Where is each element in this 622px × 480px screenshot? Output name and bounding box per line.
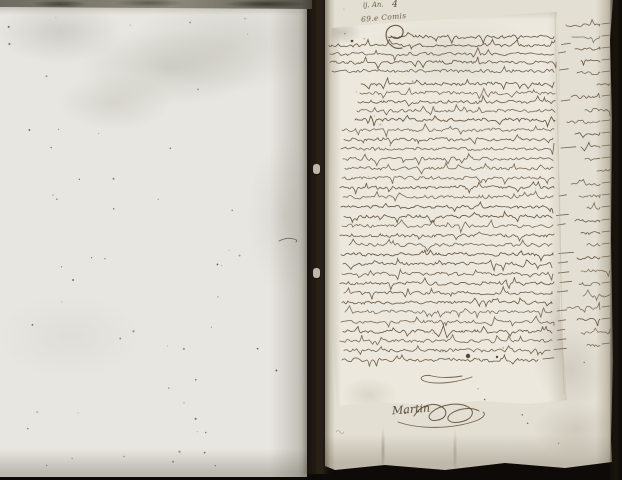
binding-stitch (313, 268, 320, 278)
book-edge-right (610, 0, 622, 480)
handwriting-ink-layer (0, 0, 622, 480)
header-annotation: ij. An. (363, 1, 384, 10)
signature-name: Martin (392, 402, 431, 418)
left-blank-page (0, 7, 307, 477)
underlying-page (325, 0, 613, 472)
manuscript-photo: ij. An. 4 69.e Comis Martin (0, 0, 622, 480)
folio-number: 4 (392, 0, 398, 10)
book-edge-top (0, 0, 312, 9)
header-docket: 69.e Comis (361, 11, 407, 24)
manuscript-recto-page (329, 10, 567, 410)
binding-stitch (313, 164, 320, 174)
binding-gutter (302, 0, 330, 474)
